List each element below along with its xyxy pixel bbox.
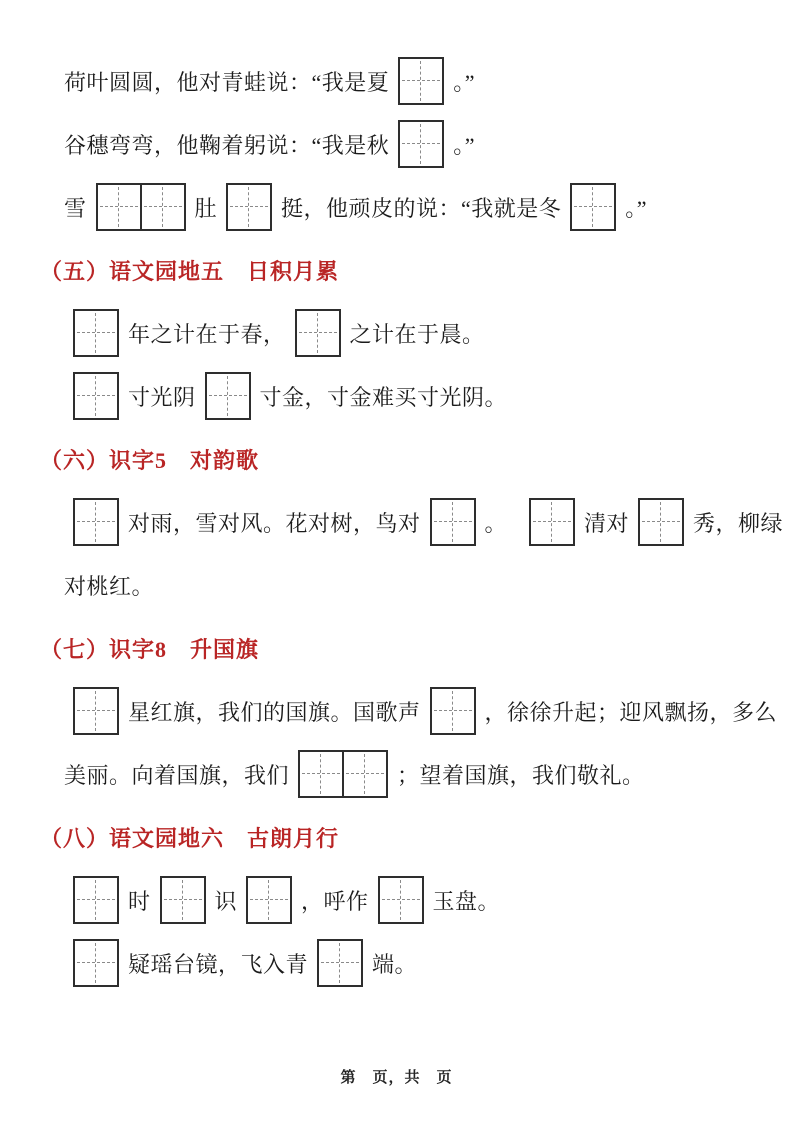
section-heading-6: （六）识字5 对韵歌: [40, 435, 781, 483]
sentence-text: 端。: [372, 948, 417, 979]
sentence-text: 玉盘。: [433, 885, 501, 916]
section-heading-7: （七）识字8 升国旗: [40, 624, 781, 672]
writing-box: [205, 372, 251, 420]
page-footer: 第 页，共 页: [0, 1066, 793, 1087]
sentence-text: 荷叶圆圆，他对青蛙说：“我是夏: [64, 66, 389, 97]
sentence-text: ，徐徐升起；迎风飘扬，多么: [485, 696, 778, 727]
flag-row-1: 星红旗，我们的国旗。国歌声 ，徐徐升起；迎风飘扬，多么: [64, 687, 781, 735]
sentence-text: 寸光阴: [128, 381, 196, 412]
sentence-text: ；望着国旗，我们敬礼。: [397, 759, 645, 790]
writing-box: [430, 687, 476, 735]
writing-box: [246, 876, 292, 924]
proverb-row-spring: 年之计在于春， 之计在于晨。: [64, 309, 781, 357]
sentence-text: 秀，柳绿: [693, 507, 783, 538]
writing-box: [570, 183, 616, 231]
sentence-text: 识: [215, 885, 238, 916]
proverb-row-time: 寸光阴 寸金，寸金难买寸光阴。: [64, 372, 781, 420]
writing-box: [226, 183, 272, 231]
writing-box: [529, 498, 575, 546]
rhyme-row-1: 对雨，雪对风。花对树，鸟对 。 清对 秀，柳绿: [64, 498, 781, 546]
sentence-text: ，呼作: [301, 885, 369, 916]
writing-box: [295, 309, 341, 357]
section-heading-8: （八）语文园地六 古朗月行: [40, 813, 781, 861]
writing-box: [430, 498, 476, 546]
sentence-text: 年之计在于春，: [128, 318, 286, 349]
sentence-text: 。: [485, 507, 508, 538]
sentence-text: 清对: [584, 507, 629, 538]
writing-box-cell: [342, 750, 388, 798]
section-heading-5: （五）语文园地五 日积月累: [40, 246, 781, 294]
writing-box: [160, 876, 206, 924]
worksheet-page: 荷叶圆圆，他对青蛙说：“我是夏 。” 谷穗弯弯，他鞠着躬说：“我是秋 。” 雪 …: [0, 0, 793, 1122]
poem-row-2: 疑瑶台镜，飞入青 端。: [64, 939, 781, 987]
writing-box: [73, 939, 119, 987]
sentence-text: 星红旗，我们的国旗。国歌声: [128, 696, 421, 727]
sentence-text: 。”: [453, 66, 475, 97]
writing-box: [317, 939, 363, 987]
writing-box: [73, 687, 119, 735]
writing-box-double: [298, 750, 388, 798]
sentence-text: 美丽。向着国旗，我们: [64, 759, 289, 790]
sentence-text: 时: [128, 885, 151, 916]
sentence-text: 肚: [195, 192, 218, 223]
sentence-text: 雪: [64, 192, 87, 223]
writing-box: [73, 372, 119, 420]
sentence-row-autumn: 谷穗弯弯，他鞠着躬说：“我是秋 。”: [64, 120, 781, 168]
worksheet-content: 荷叶圆圆，他对青蛙说：“我是夏 。” 谷穗弯弯，他鞠着躬说：“我是秋 。” 雪 …: [0, 0, 793, 987]
sentence-row-winter: 雪 肚 挺，他顽皮的说：“我就是冬 。”: [64, 183, 781, 231]
sentence-text: 。”: [453, 129, 475, 160]
sentence-text: 谷穗弯弯，他鞠着躬说：“我是秋: [64, 129, 389, 160]
rhyme-row-2: 对桃红。: [64, 561, 781, 609]
writing-box: [73, 309, 119, 357]
sentence-text: 疑瑶台镜，飞入青: [128, 948, 308, 979]
sentence-text: 寸金，寸金难买寸光阴。: [260, 381, 508, 412]
writing-box: [638, 498, 684, 546]
sentence-text: 。”: [625, 192, 647, 223]
sentence-text: 挺，他顽皮的说：“我就是冬: [281, 192, 561, 223]
sentence-row-summer: 荷叶圆圆，他对青蛙说：“我是夏 。”: [64, 57, 781, 105]
writing-box: [378, 876, 424, 924]
sentence-text: 之计在于晨。: [350, 318, 485, 349]
writing-box: [398, 120, 444, 168]
writing-box-cell: [298, 750, 344, 798]
sentence-text: 对桃红。: [64, 570, 154, 601]
writing-box: [73, 498, 119, 546]
writing-box-double: [96, 183, 186, 231]
writing-box-cell: [96, 183, 142, 231]
writing-box: [398, 57, 444, 105]
poem-row-1: 时 识 ，呼作 玉盘。: [64, 876, 781, 924]
writing-box-cell: [140, 183, 186, 231]
writing-box: [73, 876, 119, 924]
flag-row-2: 美丽。向着国旗，我们 ；望着国旗，我们敬礼。: [64, 750, 781, 798]
sentence-text: 对雨，雪对风。花对树，鸟对: [128, 507, 421, 538]
